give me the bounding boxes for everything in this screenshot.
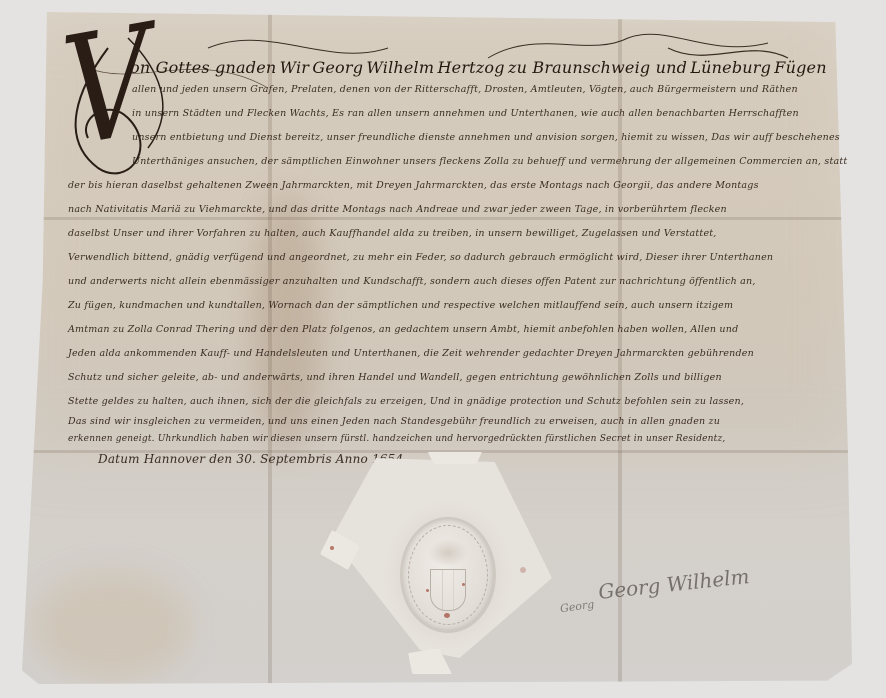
text-line: der bis hieran daselbst gehaltenen Zween…: [68, 180, 759, 191]
seal-crest-icon: [428, 539, 468, 567]
wax-spot: [520, 567, 526, 573]
seal-flap: [428, 452, 482, 464]
text-line: Das sind wir insgleichen zu vermeiden, u…: [68, 416, 720, 427]
wax-spot: [426, 589, 429, 592]
stain: [32, 572, 192, 682]
text-line: in unsern Städten und Flecken Wachts, Es…: [132, 108, 799, 119]
text-line: Amtman zu Zolla Conrad Thering und der d…: [68, 324, 738, 335]
wax-seal-icon: [400, 517, 496, 633]
text-line: Zu fügen, kundmachen und kundtallen, Wor…: [68, 300, 733, 311]
wax-spot: [330, 546, 334, 550]
text-line: allen und jeden unsern Grafen, Prelaten,…: [132, 84, 798, 95]
text-line: nach Nativitatis Mariä zu Viehmarckte, u…: [68, 204, 727, 215]
coat-of-arms-icon: [430, 569, 466, 611]
text-line: Unterthäniges ansuchen, der sämptlichen …: [132, 156, 847, 167]
wax-spot: [444, 613, 450, 618]
text-line: und anderwerts nicht allein ebenmässiger…: [68, 276, 756, 287]
text-line: Jeden alda ankommenden Kauff- und Handel…: [68, 348, 754, 359]
document-text: V on Gottes gnaden Wir Georg Wilhelm Her…: [68, 28, 828, 458]
text-line: Schutz und sicher geleite, ab- und ander…: [68, 372, 722, 383]
text-line: unsern entbietung und Dienst bereitz, un…: [132, 132, 840, 143]
heading-line: on Gottes gnaden Wir Georg Wilhelm Hertz…: [130, 58, 827, 77]
text-line: Verwendlich bittend, gnädig verfügend un…: [68, 252, 773, 263]
wax-spot: [462, 583, 465, 586]
text-line: erkennen geneigt. Uhrkundlich haben wir …: [68, 434, 726, 444]
text-line: daselbst Unser und ihrer Vorfahren zu ha…: [68, 228, 717, 239]
text-line: Stette geldes zu halten, auch ihnen, sic…: [68, 396, 744, 407]
date-line: Datum Hannover den 30. Septembris Anno 1…: [98, 452, 407, 466]
